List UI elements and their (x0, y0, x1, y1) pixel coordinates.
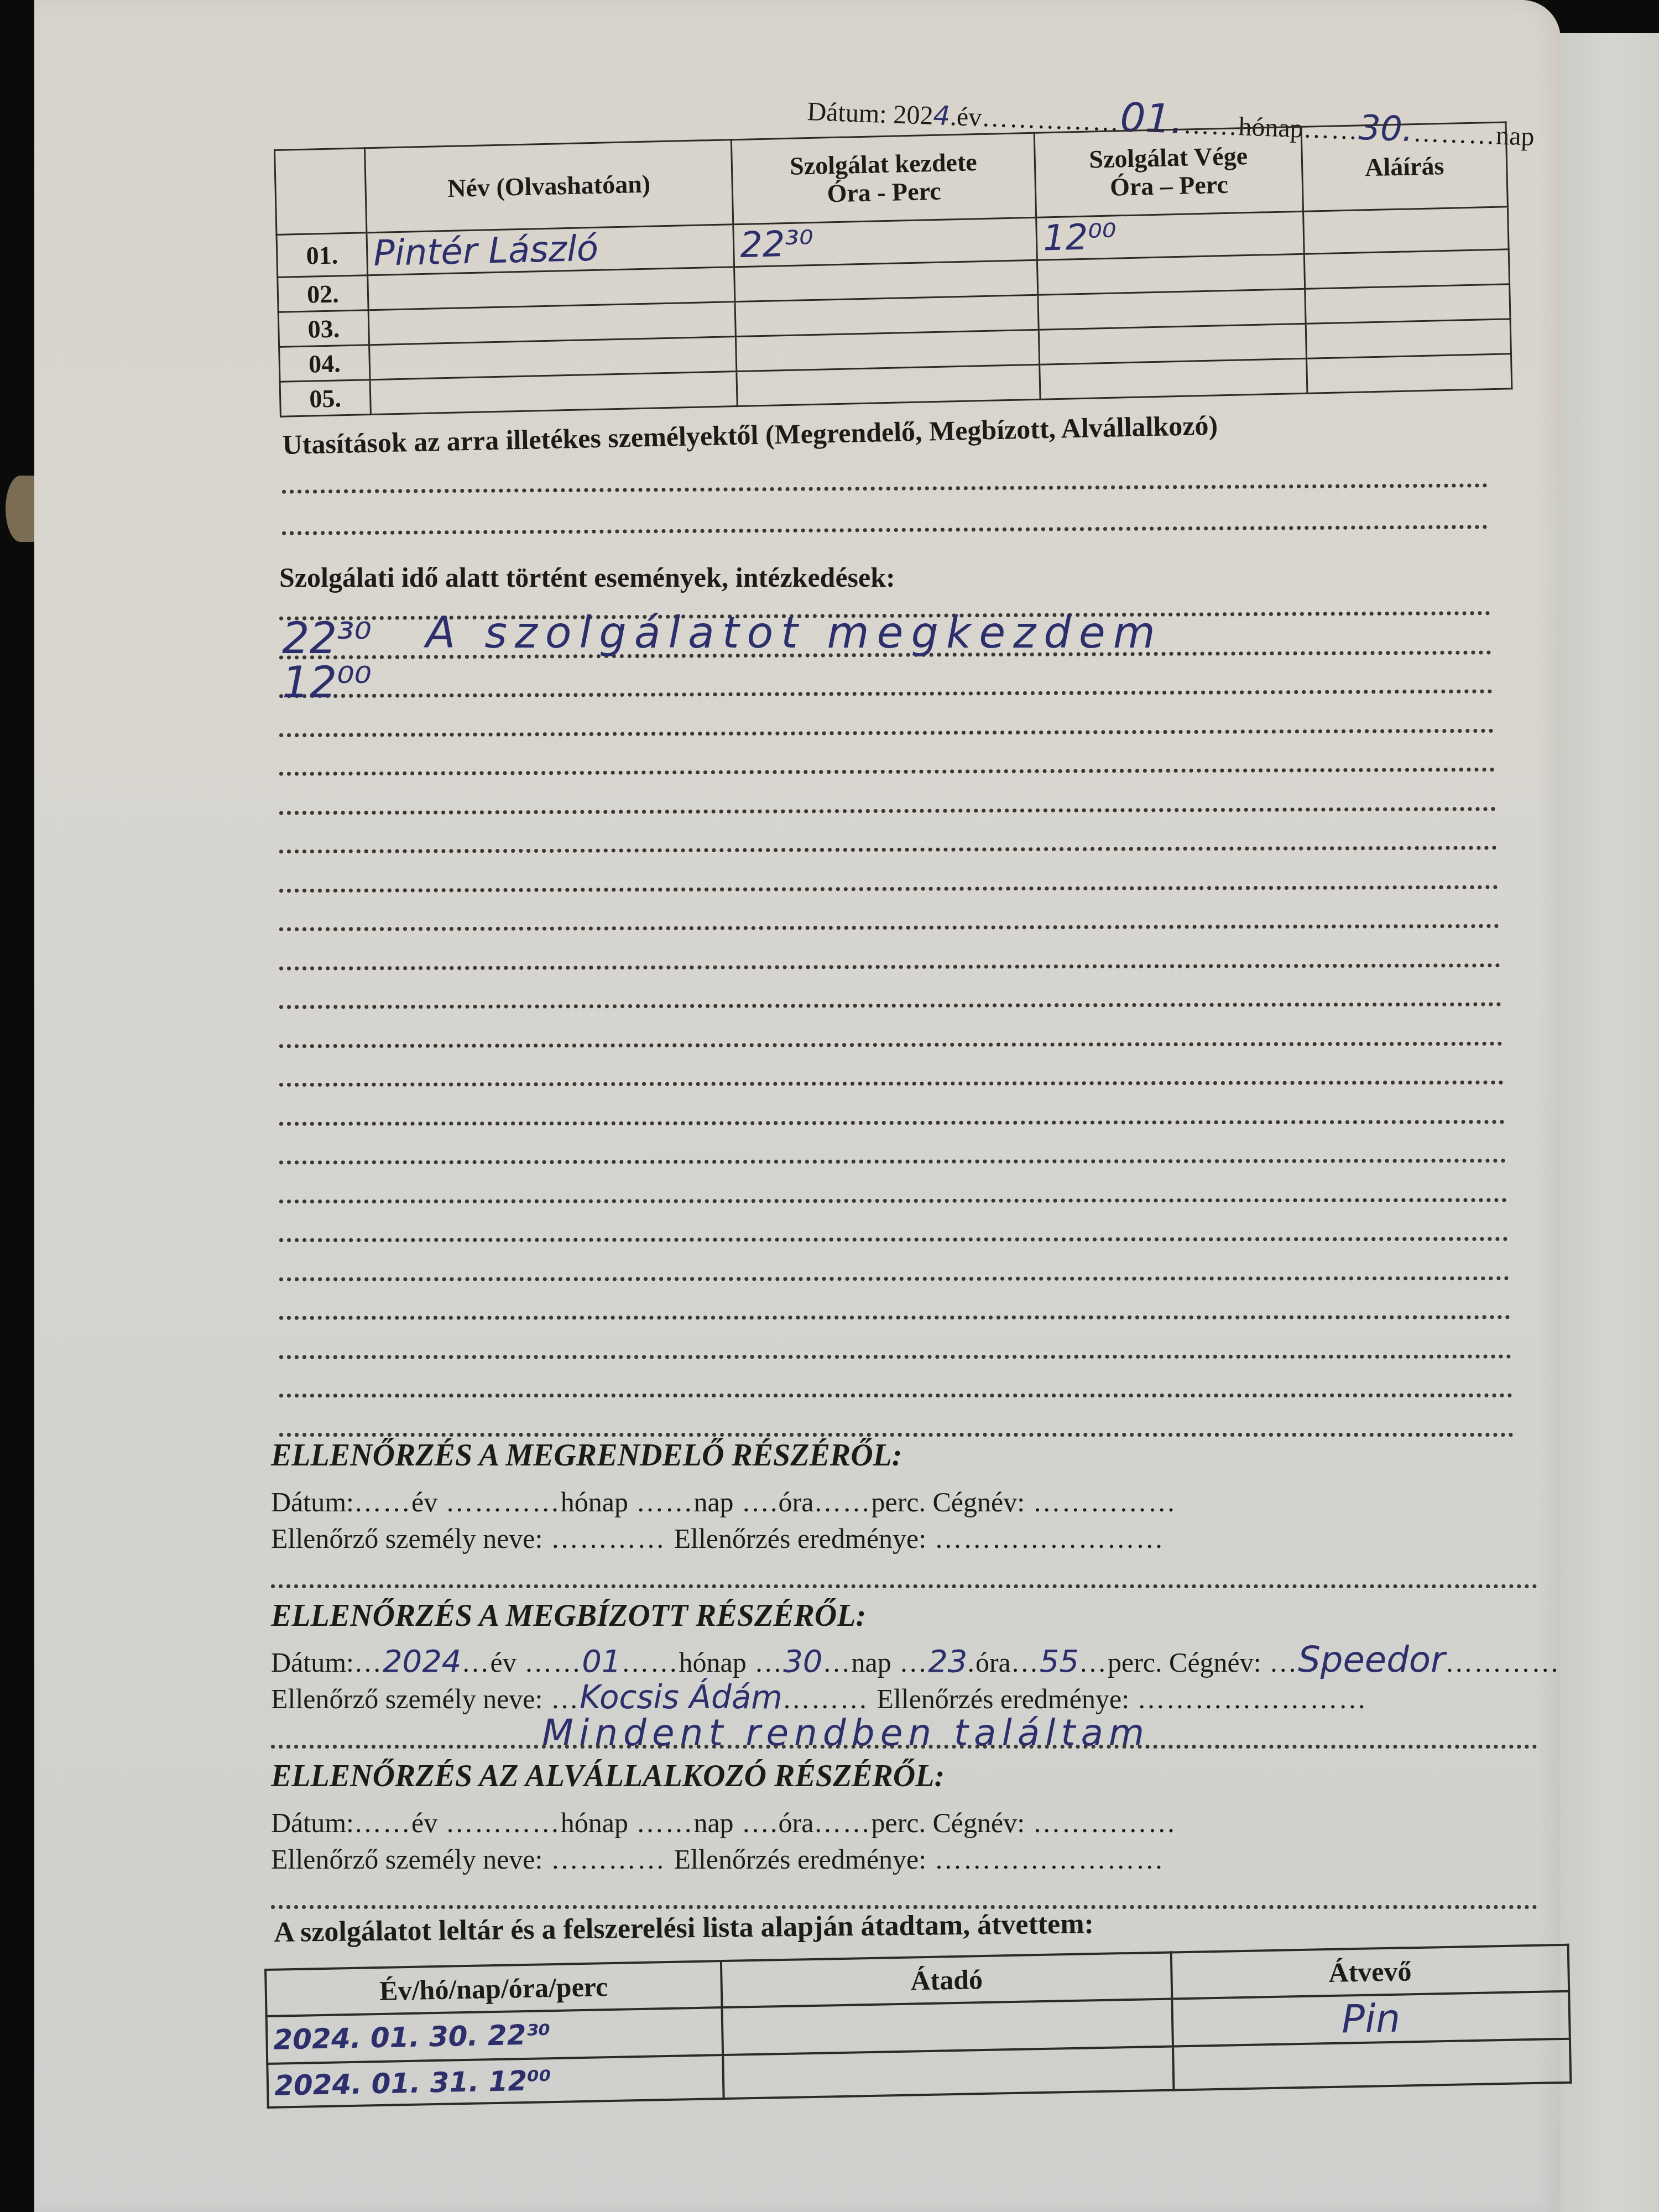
hour-label: óra (779, 1486, 814, 1517)
date-label: Dátum: (271, 1647, 354, 1678)
name-cell[interactable]: Pintér László (367, 225, 734, 275)
year-handwritten[interactable]: 4 (933, 100, 951, 132)
end-cell[interactable] (1037, 254, 1305, 295)
signature-cell[interactable] (1304, 249, 1509, 289)
name-value: Pintér László (373, 225, 728, 274)
day-label: nap (693, 1486, 733, 1517)
minute-label: perc. (871, 1486, 926, 1517)
result-label: Ellenőrzés eredménye: (674, 1523, 926, 1554)
event-write-line[interactable] (279, 1276, 1509, 1281)
day-label: nap (693, 1807, 733, 1838)
handover-receiver-signature[interactable] (1173, 2039, 1571, 2090)
check-date-row: Dátum:……év …………hónap ……nap ….óra……perc. … (271, 1479, 1177, 1520)
check-person-row: Ellenőrző személy neve: ………… Ellenőrzés … (271, 1839, 1165, 1876)
handover-datetime[interactable]: 2024. 01. 30. 22³⁰ (267, 2007, 723, 2064)
end-cell[interactable] (1038, 289, 1306, 330)
minute-label: perc. (1108, 1647, 1162, 1678)
signature-cell[interactable] (1307, 354, 1512, 393)
signature-cell[interactable] (1305, 284, 1510, 324)
handover-col-giver: Átadó (721, 1953, 1172, 2008)
row-number: 04. (279, 345, 370, 382)
minute-label: perc. (871, 1807, 926, 1838)
day-label: nap (851, 1647, 891, 1678)
event-write-line[interactable] (279, 1354, 1511, 1359)
year-prefix: 202 (893, 100, 934, 130)
check-person-row: Ellenőrző személy neve: …Kocsis Ádám……… … (271, 1678, 1368, 1716)
event-time: 22³⁰ (282, 614, 372, 664)
person-label: Ellenőrző személy neve: (271, 1683, 542, 1714)
check-date-row: Dátum:……év …………hónap ……nap ….óra……perc. … (271, 1800, 1177, 1841)
month-label: hónap (679, 1647, 746, 1678)
year-suffix: .év (950, 102, 982, 132)
roster-col-end-line2: Óra – Perc (1041, 169, 1296, 203)
handover-table: Év/hó/nap/óra/perc Átadó Átvevő 2024. 01… (264, 1944, 1572, 2109)
row-number: 03. (278, 310, 369, 347)
company-label: Cégnév: (1169, 1647, 1261, 1678)
handover-receiver-signature[interactable]: Pin (1172, 1991, 1570, 2047)
month-label: hónap (561, 1807, 628, 1838)
date-label: Dátum: (271, 1486, 354, 1517)
start-cell[interactable] (737, 364, 1040, 406)
event-time: 12⁰⁰ (282, 658, 372, 708)
person-label: Ellenőrző személy neve: (271, 1844, 542, 1875)
year-label: év (491, 1647, 517, 1678)
check-year[interactable]: 2024 (383, 1644, 462, 1679)
signature-cell[interactable] (1306, 319, 1511, 358)
start-value: 22³⁰ (739, 218, 1031, 266)
check-minute[interactable]: 55 (1040, 1644, 1079, 1679)
end-cell[interactable]: 12⁰⁰ (1036, 211, 1305, 260)
event-write-line[interactable] (279, 1394, 1512, 1397)
row-number: 05. (280, 380, 371, 417)
company-label: Cégnév: (932, 1807, 1025, 1838)
check-company[interactable]: Speedor (1298, 1640, 1445, 1681)
check-heading: ELLENŐRZÉS A MEGBÍZOTT RÉSZÉRŐL: (271, 1598, 866, 1634)
background-object (6, 476, 36, 542)
date-label: Dátum: (271, 1807, 354, 1838)
row-number: 01. (276, 233, 368, 278)
person-label: Ellenőrző személy neve: (271, 1523, 542, 1554)
check-extra-line[interactable] (271, 1905, 1537, 1909)
hour-label: óra (779, 1807, 814, 1838)
row-number: 02. (278, 275, 368, 312)
date-label: Dátum: (807, 97, 888, 129)
end-value: 12⁰⁰ (1042, 212, 1298, 259)
hour-label: óra (975, 1647, 1011, 1678)
roster-col-num (275, 148, 367, 235)
roster-table: Név (Olvashatóan) Szolgálat kezdete Óra … (274, 121, 1512, 417)
check-date-row: Dátum:…2024…év ……01……hónap …30…nap …23.ó… (271, 1640, 1560, 1681)
roster-col-name: Név (Olvashatóan) (364, 140, 733, 233)
month-label: hónap (561, 1486, 628, 1517)
result-label: Ellenőrzés eredménye: (877, 1683, 1129, 1714)
handover-giver[interactable] (722, 1999, 1173, 2056)
check-heading: ELLENŐRZÉS AZ ALVÁLLALKOZÓ RÉSZÉRŐL: (271, 1759, 945, 1794)
year-label: év (411, 1807, 437, 1838)
end-cell[interactable] (1040, 358, 1307, 399)
handover-datetime[interactable]: 2024. 01. 31. 12⁰⁰ (267, 2055, 723, 2107)
roster-col-signature: Aláírás (1301, 122, 1507, 211)
check-person-row: Ellenőrző személy neve: ………… Ellenőrzés … (271, 1518, 1165, 1556)
check-heading: ELLENŐRZÉS A MEGRENDELŐ RÉSZÉRŐL: (271, 1438, 902, 1473)
check-month[interactable]: 01 (582, 1644, 621, 1679)
end-cell[interactable] (1039, 324, 1306, 364)
handover-col-receiver: Átvevő (1171, 1945, 1569, 1999)
check-person[interactable]: Kocsis Ádám (580, 1678, 782, 1716)
check-day[interactable]: 30 (783, 1644, 822, 1679)
handover-col-datetime: Év/hó/nap/óra/perc (265, 1961, 722, 2016)
check-hour[interactable]: 23 (928, 1644, 967, 1679)
event-write-line[interactable] (279, 1432, 1514, 1436)
result-label: Ellenőrzés eredménye: (674, 1844, 926, 1875)
check-extra-line[interactable] (271, 1584, 1537, 1588)
signature-cell[interactable] (1303, 207, 1509, 254)
check-extra-line[interactable] (271, 1745, 1537, 1749)
handover-giver[interactable] (723, 2046, 1173, 2099)
roster-col-start-line2: Óra - Perc (739, 175, 1030, 210)
roster-col-end: Szolgálat Vége Óra – Perc (1034, 127, 1303, 217)
year-label: év (411, 1486, 437, 1517)
events-heading: Szolgálati idő alatt történt események, … (279, 561, 895, 593)
start-cell[interactable]: 22³⁰ (733, 217, 1037, 267)
event-text: A szolgálatot megkezdem (426, 608, 1163, 658)
company-label: Cégnév: (932, 1486, 1025, 1517)
roster-col-start: Szolgálat kezdete Óra - Perc (731, 133, 1036, 224)
event-write-line[interactable] (279, 1315, 1510, 1319)
